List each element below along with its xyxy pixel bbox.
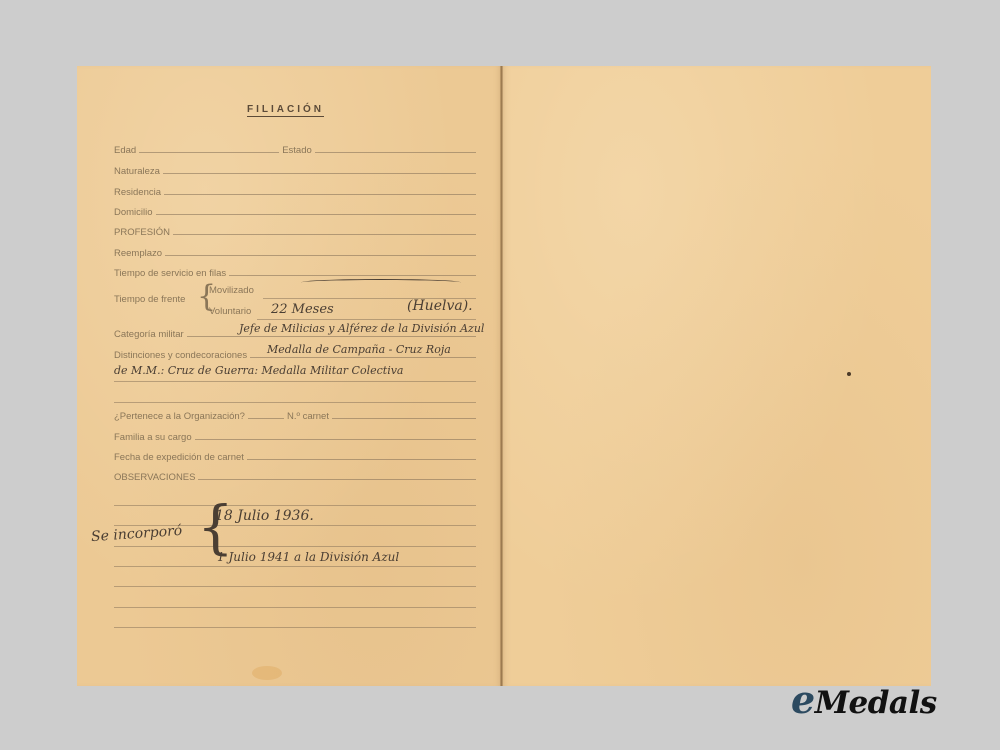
field-domicilio: Domicilio	[114, 202, 476, 218]
hw-distinciones-1: Medalla de Campaña - Cruz Roja	[267, 343, 451, 356]
logo-e: e	[791, 677, 815, 722]
ink-spot	[847, 372, 851, 376]
label-pertenece: ¿Pertenece a la Organización?	[114, 411, 248, 422]
hw-brace: {	[197, 498, 234, 556]
label-naturaleza: Naturaleza	[114, 166, 163, 177]
spine-fold	[500, 66, 503, 686]
hw-fecha-2: 1 Julio 1941 a la División Azul	[217, 550, 399, 564]
field-residencia: Residencia	[114, 182, 476, 198]
label-tiempo-servicio: Tiempo de servicio en filas	[114, 268, 229, 279]
label-profesion: PROFESIÓN	[114, 227, 173, 238]
label-observaciones: OBSERVACIONES	[114, 472, 198, 483]
field-profesion: PROFESIÓN	[114, 222, 476, 238]
hw-categoria-value: Jefe de Milicias y Alférez de la Divisió…	[239, 322, 484, 335]
label-estado: Estado	[279, 145, 315, 156]
label-movilizado: Movilizado	[209, 285, 254, 296]
field-familia: Familia a su cargo	[114, 427, 476, 443]
document-spread: FILIACIÓN Edad Estado Naturaleza Residen…	[77, 66, 931, 686]
emedals-logo: eMedals	[791, 677, 937, 722]
field-naturaleza: Naturaleza	[114, 161, 476, 177]
field-observaciones: OBSERVACIONES	[114, 467, 476, 483]
handwritten-stroke	[301, 279, 461, 286]
label-residencia: Residencia	[114, 187, 164, 198]
hw-voluntario-note: (Huelva).	[407, 298, 473, 314]
hw-se-incorporo: Se incorporó	[91, 523, 183, 545]
label-n-carnet: N.º carnet	[284, 411, 332, 422]
hw-distinciones-2: de M.M.: Cruz de Guerra: Medalla Militar…	[114, 364, 403, 377]
field-edad-estado: Edad Estado	[114, 140, 476, 156]
label-domicilio: Domicilio	[114, 207, 156, 218]
hw-fecha-1: 18 Julio 1936.	[215, 508, 314, 524]
field-tiempo-servicio: Tiempo de servicio en filas	[114, 263, 476, 279]
label-voluntario: Voluntario	[209, 306, 251, 317]
label-tiempo-frente: Tiempo de frente	[114, 294, 185, 305]
right-page	[502, 66, 931, 686]
hw-voluntario-value: 22 Meses	[271, 302, 334, 317]
label-distinciones: Distinciones y condecoraciones	[114, 350, 250, 361]
field-fecha-expedicion: Fecha de expedición de carnet	[114, 447, 476, 463]
left-page: FILIACIÓN Edad Estado Naturaleza Residen…	[77, 66, 502, 686]
label-familia: Familia a su cargo	[114, 432, 195, 443]
label-reemplazo: Reemplazo	[114, 248, 165, 259]
field-reemplazo: Reemplazo	[114, 243, 476, 259]
form-title: FILIACIÓN	[247, 104, 324, 117]
field-pertenece: ¿Pertenece a la Organización? N.º carnet	[114, 406, 476, 422]
label-fecha-expedicion: Fecha de expedición de carnet	[114, 452, 247, 463]
label-categoria: Categoría militar	[114, 329, 187, 340]
label-edad: Edad	[114, 145, 139, 156]
logo-text: Medals	[815, 685, 937, 721]
